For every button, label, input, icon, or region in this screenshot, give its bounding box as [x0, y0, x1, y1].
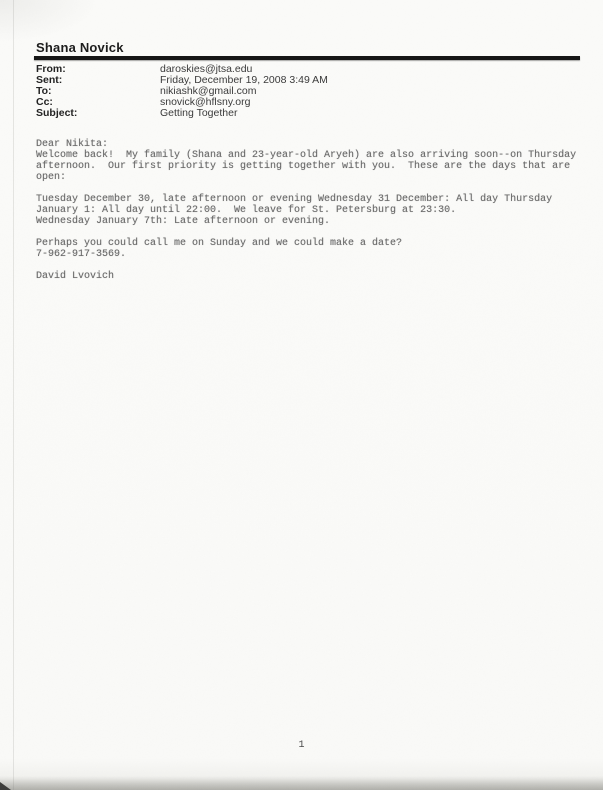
field-label-subject: Subject: [36, 108, 160, 119]
body-line: 7-962-917-3569. [36, 249, 592, 260]
body-line: Dear Nikita: [36, 139, 592, 150]
header-field-row: Cc: snovick@hflsny.org [36, 97, 576, 108]
body-line: Perhaps you could call me on Sunday and … [36, 238, 592, 249]
sender-name-heading: Shana Novick [36, 40, 124, 55]
page-number: 1 [0, 740, 603, 751]
scan-edge-line [13, 0, 14, 790]
body-line: afternoon. Our first priority is getting… [36, 161, 592, 172]
field-value-subject: Getting Together [160, 108, 237, 119]
field-label-sent: Sent: [36, 75, 160, 86]
body-line: Welcome back! My family (Shana and 23-ye… [36, 150, 592, 161]
body-line: Tuesday December 30, late afternoon or e… [36, 194, 592, 205]
header-field-row: Subject: Getting Together [36, 108, 576, 119]
header-field-row: Sent: Friday, December 19, 2008 3:49 AM [36, 75, 576, 86]
body-line [36, 183, 592, 194]
body-line [36, 260, 592, 271]
email-header-fields: From: daroskies@jtsa.edu Sent: Friday, D… [36, 64, 576, 119]
header-rule [34, 56, 580, 60]
scan-shadow-bottom [0, 776, 603, 790]
scan-corner-artifact [0, 782, 11, 790]
email-body: Dear Nikita: Welcome back! My family (Sh… [36, 139, 592, 282]
field-label-to: To: [36, 86, 160, 97]
body-line: David Lvovich [36, 271, 592, 282]
header-field-row: To: nikiashk@gmail.com [36, 86, 576, 97]
body-line: Wednesday January 7th: Late afternoon or… [36, 216, 592, 227]
scanned-email-page: Shana Novick From: daroskies@jtsa.edu Se… [0, 0, 603, 790]
body-line: open: [36, 172, 592, 183]
body-line: January 1: All day until 22:00. We leave… [36, 205, 592, 216]
body-line [36, 227, 592, 238]
